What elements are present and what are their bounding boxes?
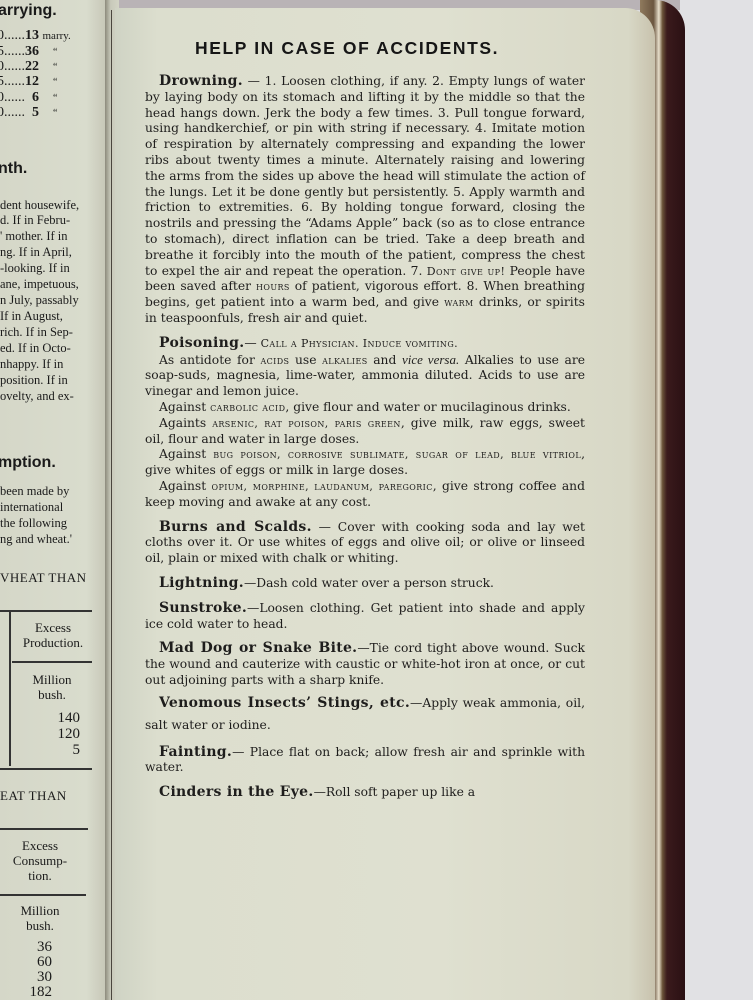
text-line: position. If in [0,373,68,388]
section-drowning: Drowning. — 1. Loosen clothing, if any. … [145,74,585,327]
table2-unit: Million bush. [0,903,80,933]
marry-row: 0......22 “ [0,59,57,75]
text-line: ng and wheat.' [0,532,72,547]
text-line: nhappy. If in [0,357,63,372]
section-lightning: Lightning.—Dash cold water over a person… [145,576,585,592]
venomous-heading: Venomous Insects’ Stings, etc. [159,695,410,711]
section-cinders: Cinders in the Eye.—Roll soft paper up l… [145,785,585,801]
marry-row: 0...... 6 “ [0,90,57,106]
table2-values: 36 60 30 182 [20,940,52,1000]
table1-header: Excess Production. [12,620,94,650]
table-divider [9,612,11,766]
page-title: HELP IN CASE OF ACCIDENTS. [195,38,499,59]
section-burns: Burns and Scalds. — Cover with cooking s… [145,520,585,567]
text-line: -looking. If in [0,261,70,276]
right-page: HELP IN CASE OF ACCIDENTS. Drowning. — 1… [115,8,655,1000]
text-line: the following [0,516,67,531]
text-line: n July, passably [0,293,79,308]
text-line: dent housewife, [0,198,79,213]
table1-values: 140 120 5 [40,710,80,758]
text-line: ed. If in Octo- [0,341,71,356]
accidents-content: Drowning. — 1. Loosen clothing, if any. … [145,74,585,801]
section-poisoning: Poisoning.— Call a Physician. Induce vom… [145,336,585,511]
marry-row: 0...... 5 “ [0,105,57,121]
text-line: d. If in Febru- [0,213,70,228]
table1-unit: Million bush. [12,672,92,702]
mad-dog-heading: Mad Dog or Snake Bite. [159,640,357,656]
text-line: ovelty, and ex- [0,389,74,404]
section-sunstroke: Sunstroke.—Loosen clothing. Get patient … [145,601,585,633]
table2-caption: EAT THAN [0,788,67,804]
marry-row: 5......12 “ [0,74,57,90]
section-fainting: Fainting.— Place flat on back; allow fre… [145,745,585,777]
sunstroke-heading: Sunstroke. [159,600,247,616]
section-mad-dog: Mad Dog or Snake Bite.—Tie cord tight ab… [145,641,585,688]
section-venomous: Venomous Insects’ Stings, etc.—Apply wea… [145,692,585,736]
left-heading-consumption: mption. [0,454,56,472]
text-line: rich. If in Sep- [0,325,73,340]
table-rule [0,828,88,830]
text-line: international [0,500,63,515]
marry-row: 5......36 “ [0,44,57,60]
table2-header: Excess Consump- tion. [0,838,80,883]
left-page: arrying. 0......13 marry. 5......36 “ 0.… [0,0,108,1000]
gutter-line [111,10,112,1000]
drowning-heading: Drowning. [159,73,243,89]
text-line: ' mother. If in [0,229,68,244]
left-heading-month: nth. [0,160,27,178]
lightning-heading: Lightning. [159,575,244,591]
table-rule [12,661,92,663]
text-line: ng. If in April, [0,245,72,260]
background-surface [680,0,753,1000]
poisoning-heading: Poisoning. [159,335,244,351]
text-line: If in August, [0,309,63,324]
table-rule [0,610,92,612]
left-heading-marrying: arrying. [0,2,57,20]
table-rule [0,894,86,896]
text-line: been made by [0,484,69,499]
fainting-heading: Fainting. [159,744,232,760]
cinders-heading: Cinders in the Eye. [159,784,314,800]
burns-heading: Burns and Scalds. [159,519,312,535]
table1-caption: VHEAT THAN [0,570,87,586]
table-rule [0,768,92,770]
text-line: ane, impetuous, [0,277,79,292]
marry-row: 0......13 marry. [0,28,71,44]
